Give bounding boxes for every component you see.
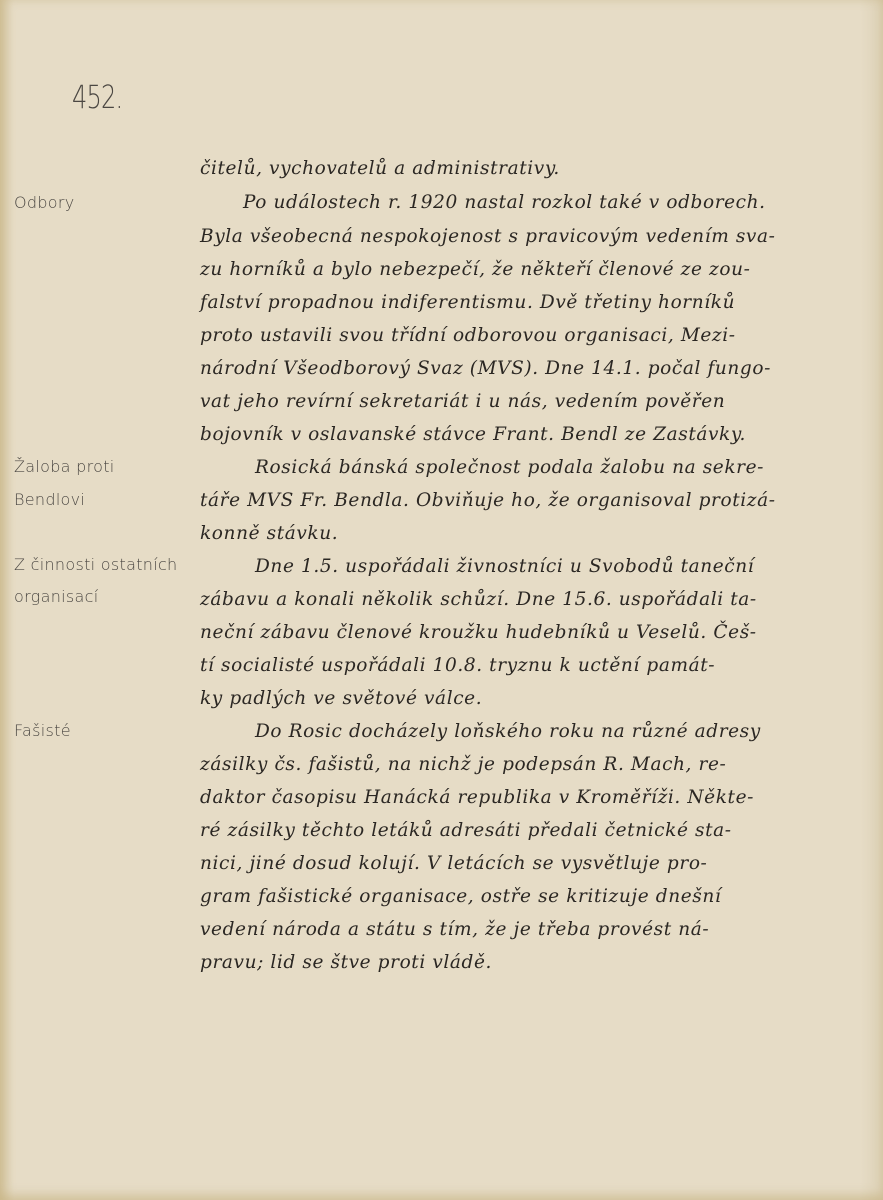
text-line: zu horníků a bylo nebezpečí, že někteří … xyxy=(200,259,751,280)
margin-note-odbory: Odbory xyxy=(14,193,75,212)
text-line: táře MVS Fr. Bendla. Obviňuje ho, že org… xyxy=(200,490,776,511)
text-line: tí socialisté uspořádali 10.8. tryznu k … xyxy=(200,655,715,676)
margin-note-zaloba-proti: Žaloba proti xyxy=(14,457,115,476)
page-number: 452. xyxy=(72,78,122,116)
margin-note-z-cinnosti: Z činnosti ostatních xyxy=(14,555,178,574)
text-line: Dne 1.5. uspořádali živnostníci u Svobod… xyxy=(255,556,754,577)
text-line: nici, jiné dosud kolují. V letácích se v… xyxy=(200,853,707,874)
text-line: čitelů, vychovatelů a administrativy. xyxy=(200,158,560,179)
document-page: 452. Odbory Žaloba proti Bendlovi Z činn… xyxy=(0,0,883,1200)
text-line: Byla všeobecná nespokojenost s pravicový… xyxy=(200,226,775,247)
text-line: Do Rosic docházely loňského roku na různ… xyxy=(255,721,761,742)
text-line: vedení národa a státu s tím, že je třeba… xyxy=(200,919,709,940)
text-line: zásilky čs. fašistů, na nichž je podepsá… xyxy=(200,754,726,775)
margin-note-bendlovi: Bendlovi xyxy=(14,490,85,509)
text-line: vat jeho revírní sekretariát i u nás, ve… xyxy=(200,391,725,412)
text-line: Rosická bánská společnost podala žalobu … xyxy=(255,457,764,478)
text-line: daktor časopisu Hanácká republika v Krom… xyxy=(200,787,754,808)
text-line: proto ustavili svou třídní odborovou org… xyxy=(200,325,736,346)
text-line: falství propadnou indiferentismu. Dvě tř… xyxy=(200,292,735,313)
margin-note-organisaci: organisací xyxy=(14,587,98,606)
margin-note-fasiste: Fašisté xyxy=(14,721,71,740)
text-line: ky padlých ve světové válce. xyxy=(200,688,482,709)
text-line: ré zásilky těchto letáků adresáti předal… xyxy=(200,820,732,841)
text-line: bojovník v oslavanské stávce Frant. Bend… xyxy=(200,424,746,445)
text-line: národní Všeodborový Svaz (MVS). Dne 14.1… xyxy=(200,358,771,379)
text-line: pravu; lid se štve proti vládě. xyxy=(200,952,492,973)
text-line: zábavu a konali několik schůzí. Dne 15.6… xyxy=(200,589,757,610)
text-line: gram fašistické organisace, ostře se kri… xyxy=(200,886,721,907)
text-line: neční zábavu členové kroužku hudebníků u… xyxy=(200,622,757,643)
text-line: konně stávku. xyxy=(200,523,338,544)
text-line: Po událostech r. 1920 nastal rozkol také… xyxy=(243,192,766,213)
